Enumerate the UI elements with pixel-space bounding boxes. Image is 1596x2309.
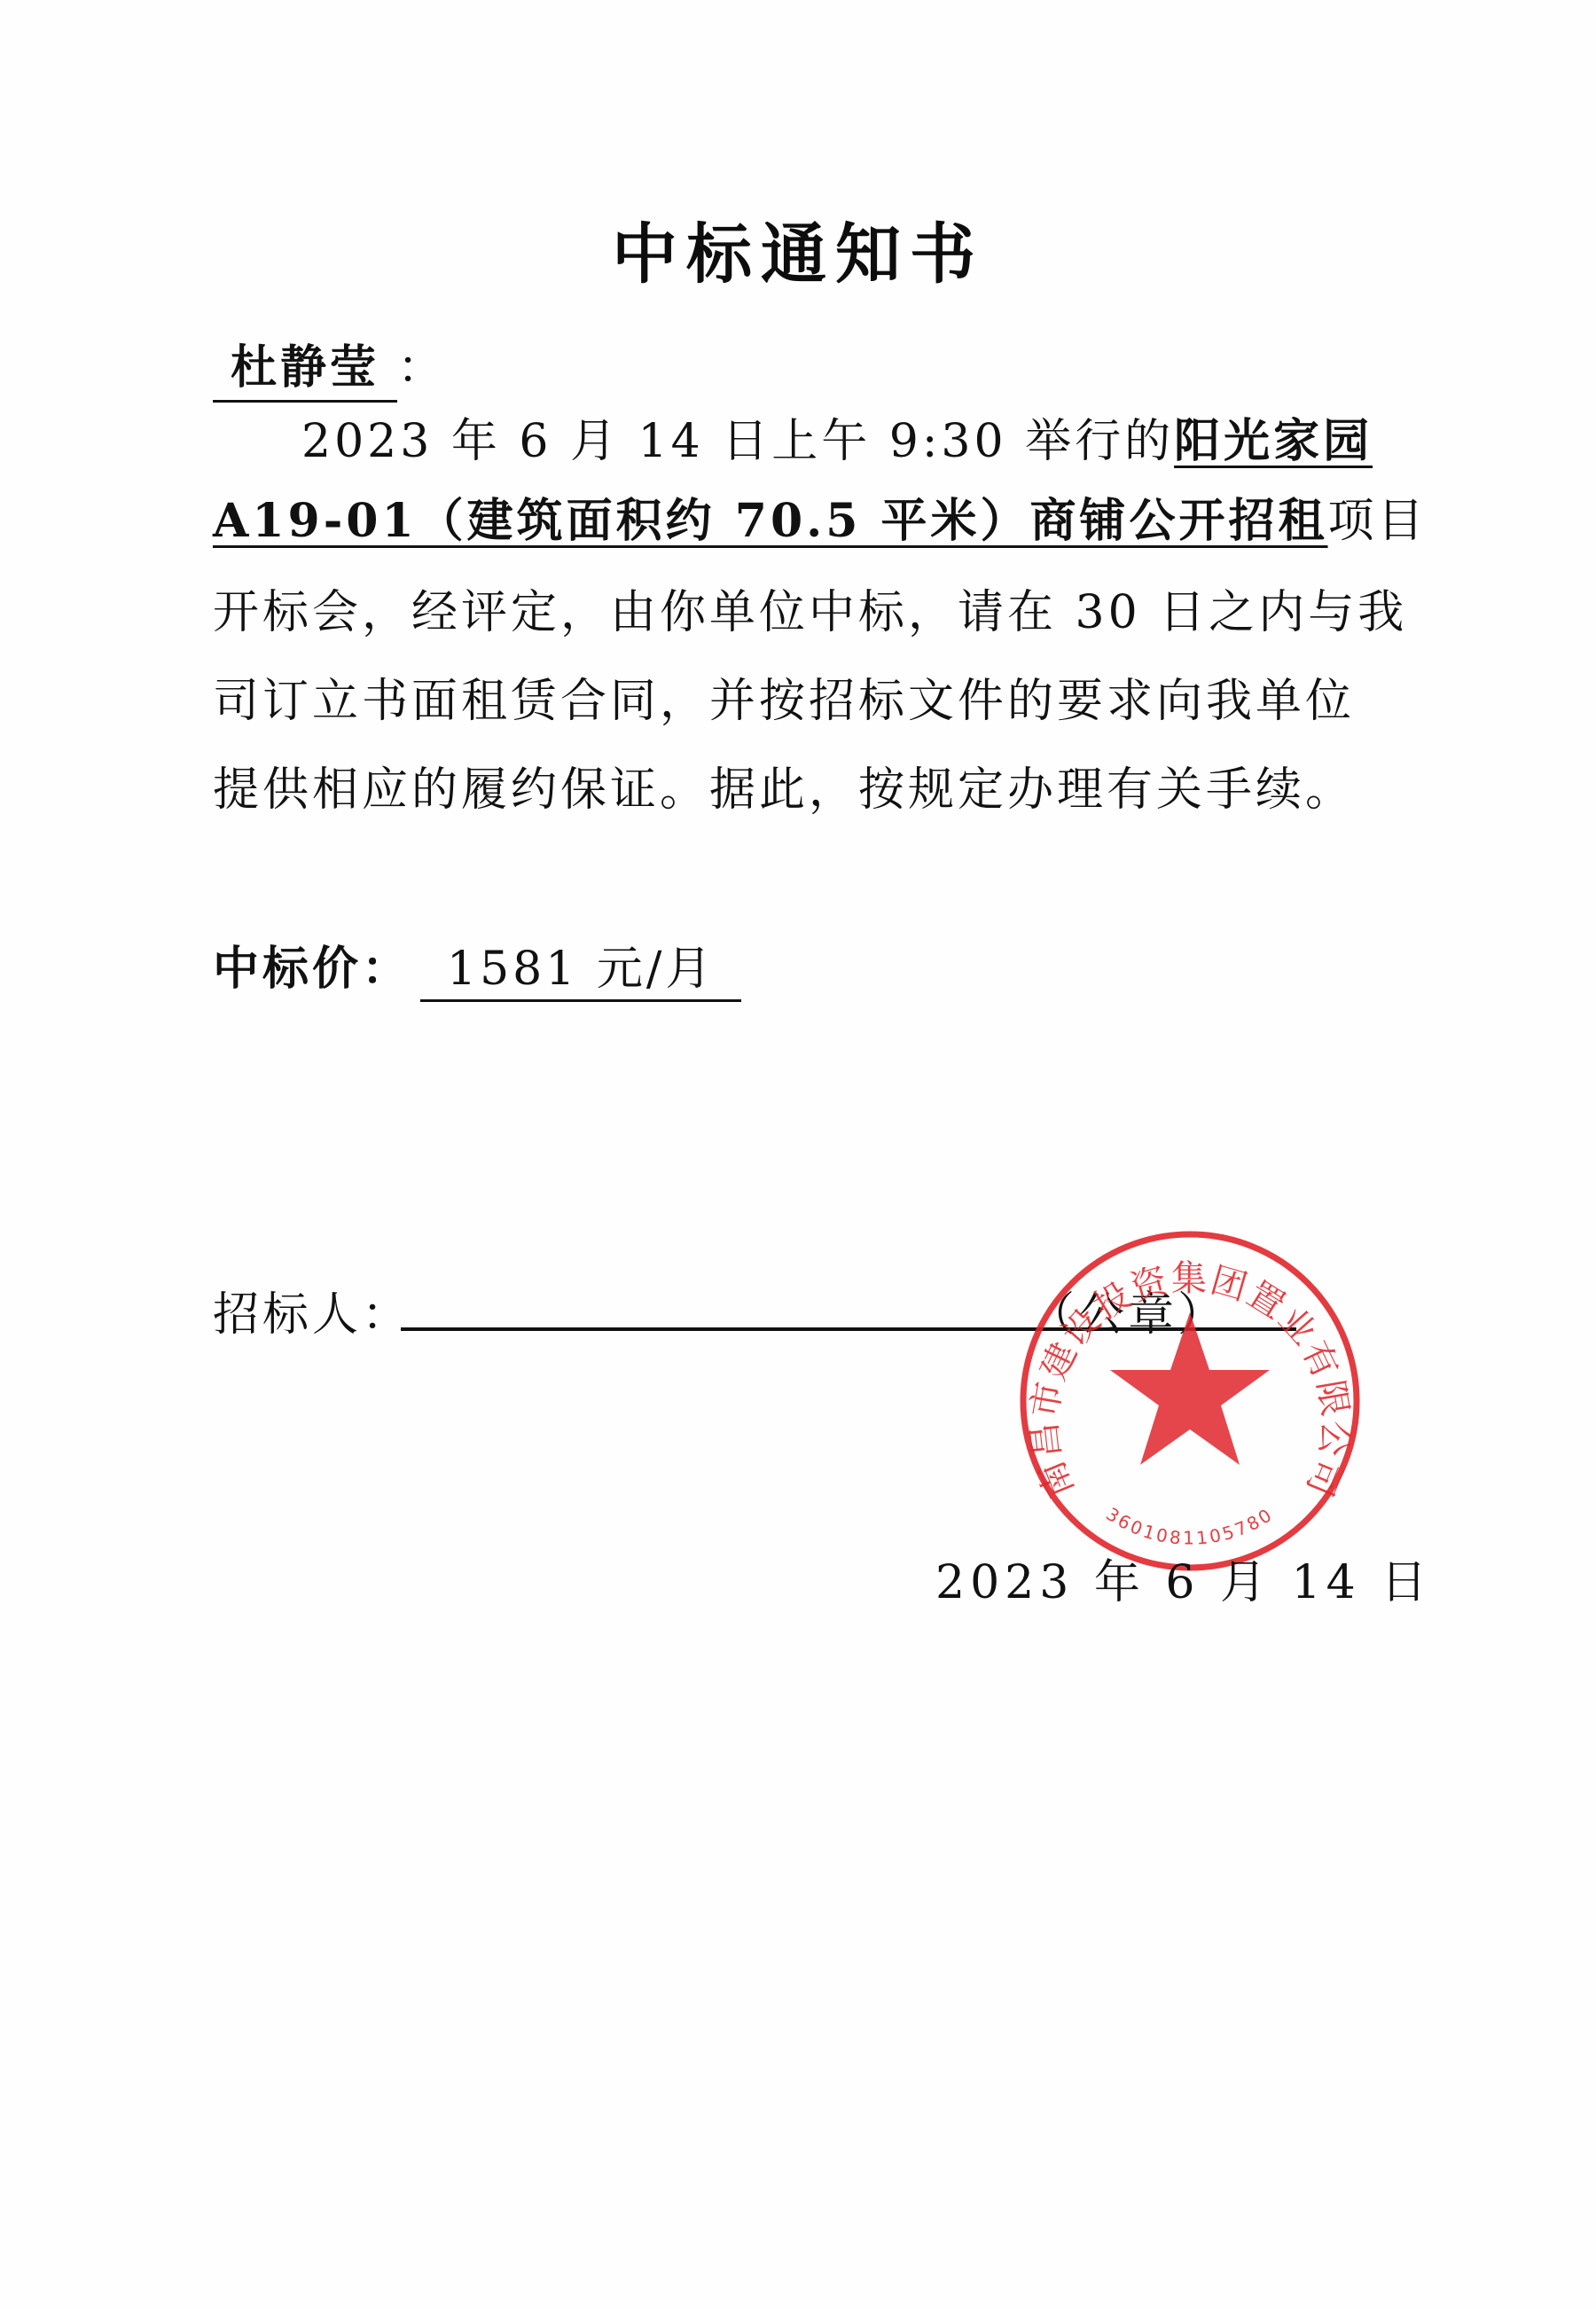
body-line-4: 司订立书面租赁合同，并按招标文件的要求向我单位 [213,663,1355,730]
body-line-1: 2023 年 6 月 14 日上午 9:30 举行的阳光家园 [301,403,1373,470]
winning-price: 中标价：1581 元/月 [213,931,741,1002]
recipient-name: 杜静莹 [213,330,397,403]
body-line-5: 提供相应的履约保证。据此，按规定办理有关手续。 [213,752,1355,818]
seal-label: （公章） [1029,1277,1227,1343]
document-page: 中标通知书 杜静莹： 2023 年 6 月 14 日上午 9:30 举行的阳光家… [0,0,1596,2309]
salutation: 杜静莹： [213,330,447,403]
price-value: 1581 元/月 [420,931,741,1002]
body-line-2: A19-01（建筑面积约 70.5 平米）商铺公开招租项目 [213,483,1428,550]
body-line-1-prefix: 2023 年 6 月 14 日上午 9:30 举行的 [301,415,1174,468]
document-title: 中标通知书 [0,202,1596,296]
price-label: 中标价： [213,942,411,996]
issue-date: 2023 年 6 月 14 日 [935,1545,1432,1611]
bidder-label: 招标人： [213,1277,411,1343]
svg-text:3601081105780: 3601081105780 [1102,1503,1277,1549]
recipient-colon: ： [397,341,447,395]
project-name-part-1: 阳光家园 [1174,414,1373,468]
body-line-3: 开标会，经评定，由你单位中标，请在 30 日之内与我 [213,575,1407,641]
body-line-2-suffix: 项目 [1328,495,1428,548]
project-name-part-2: A19-01（建筑面积约 70.5 平米）商铺公开招租 [213,494,1328,548]
